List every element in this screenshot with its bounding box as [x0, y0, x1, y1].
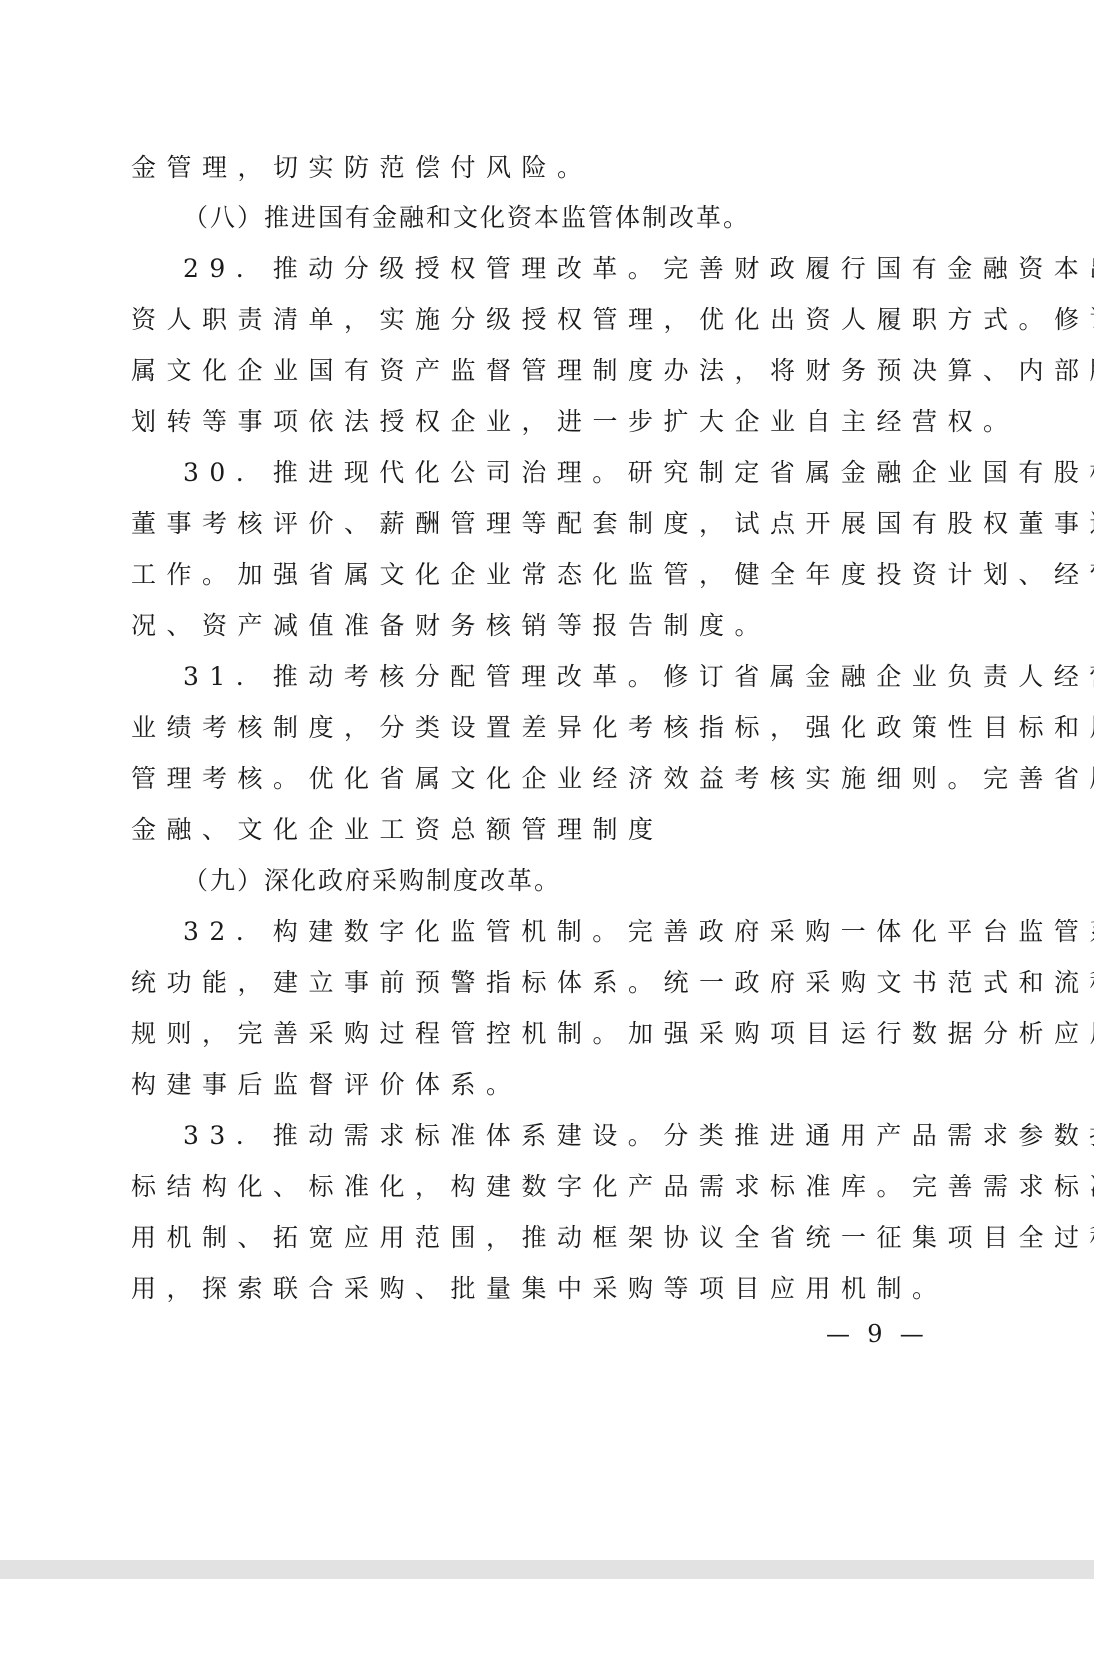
next-page-area — [0, 1579, 1094, 1678]
page-number: — 9 — — [826, 1319, 929, 1349]
paragraph-line: 属文化企业国有资产监督管理制度办法，将财务预决算、内部股权 — [131, 351, 961, 391]
paragraph-line: 用，探索联合采购、批量集中采购等项目应用机制。 — [131, 1269, 961, 1309]
paragraph-line: 规则，完善采购过程管控机制。加强采购项目运行数据分析应用， — [131, 1014, 961, 1054]
paragraph-line: 管理考核。优化省属文化企业经济效益考核实施细则。完善省属 — [131, 759, 961, 799]
paragraph-line: 构建事后监督评价体系。 — [131, 1065, 961, 1105]
paragraph-line: 资人职责清单，实施分级授权管理，优化出资人履职方式。修订省 — [131, 300, 961, 340]
paragraph-line: 业绩考核制度，分类设置差异化考核指标，强化政策性目标和风险 — [131, 708, 961, 748]
paragraph-line: 用机制、拓宽应用范围，推动框架协议全省统一征集项目全过程应 — [131, 1218, 961, 1258]
paragraph-line: 30. 推进现代化公司治理。研究制定省属金融企业国有股权 — [183, 453, 1013, 493]
paragraph-line: 标结构化、标准化，构建数字化产品需求标准库。完善需求标准应 — [131, 1167, 961, 1207]
paragraph-line: 31. 推动考核分配管理改革。修订省属金融企业负责人经营 — [183, 657, 1013, 697]
paragraph-line: 金管理，切实防范偿付风险。 — [131, 148, 961, 188]
section-heading: （九）深化政府采购制度改革。 — [183, 861, 1013, 901]
paragraph-line: 金融、文化企业工资总额管理制度 — [131, 810, 961, 850]
document-page: 金管理，切实防范偿付风险。（八）推进国有金融和文化资本监管体制改革。29. 推动… — [0, 0, 1094, 1560]
paragraph-line: 工作。加强省属文化企业常态化监管，健全年度投资计划、经营情 — [131, 555, 961, 595]
paragraph-line: 统功能，建立事前预警指标体系。统一政府采购文书范式和流程 — [131, 963, 961, 1003]
paragraph-line: 况、资产减值准备财务核销等报告制度。 — [131, 606, 961, 646]
paragraph-line: 33. 推动需求标准体系建设。分类推进通用产品需求参数指 — [183, 1116, 1013, 1156]
paragraph-line: 划转等事项依法授权企业，进一步扩大企业自主经营权。 — [131, 402, 961, 442]
paragraph-line: 29. 推动分级授权管理改革。完善财政履行国有金融资本出 — [183, 249, 1013, 289]
page-separator — [0, 1560, 1094, 1579]
paragraph-line: 董事考核评价、薪酬管理等配套制度，试点开展国有股权董事选派 — [131, 504, 961, 544]
section-heading: （八）推进国有金融和文化资本监管体制改革。 — [183, 198, 1013, 238]
paragraph-line: 32. 构建数字化监管机制。完善政府采购一体化平台监管系 — [183, 912, 1013, 952]
